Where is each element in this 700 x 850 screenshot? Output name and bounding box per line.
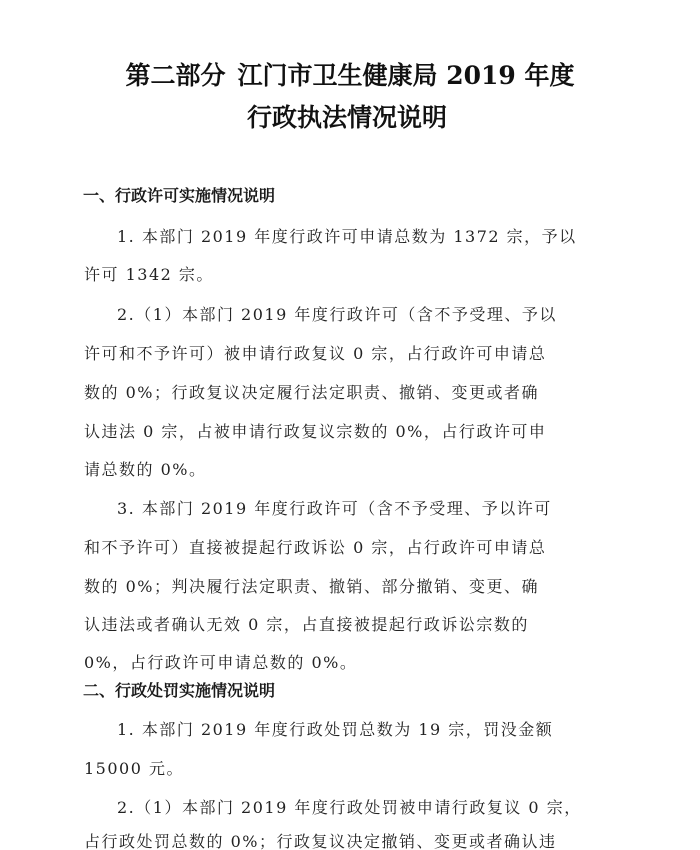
section-heading-licensing: 一、行政许可实施情况说明 [83,183,275,206]
paragraph-line: 请总数的 0%。 [84,457,206,480]
title-text: 江门市卫生健康局 2019 年度 [238,61,575,90]
paragraph-line: 数的 0%；判决履行法定职责、撤销、部分撤销、变更、确 [84,574,539,597]
document-title-line1: 第二部分江门市卫生健康局 2019 年度 [0,56,700,92]
part-label: 第二部分 [125,61,225,90]
paragraph-line: 2.（1）本部门 2019 年度行政处罚被申请行政复议 0 宗， [117,795,582,818]
paragraph-line: 0%，占行政许可申请总数的 0%。 [84,650,357,673]
paragraph-line: 占行政处罚总数的 0%；行政复议决定撤销、变更或者确认违 [84,829,556,850]
document-title-line2: 行政执法情况说明 [0,98,697,134]
document-page: 第二部分江门市卫生健康局 2019 年度 行政执法情况说明 一、行政许可实施情况… [0,0,700,850]
paragraph-line: 1. 本部门 2019 年度行政处罚总数为 19 宗，罚没金额 [117,717,553,740]
paragraph-line: 认违法或者确认无效 0 宗，占直接被提起行政诉讼宗数的 [84,612,529,635]
paragraph-line: 2.（1）本部门 2019 年度行政许可（含不予受理、予以 [117,302,557,325]
paragraph-line: 15000 元。 [84,756,184,779]
paragraph-line: 认违法 0 宗，占被申请行政复议宗数的 0%，占行政许可申 [84,419,546,442]
paragraph-line: 许可 1342 宗。 [84,262,214,285]
paragraph-line: 数的 0%；行政复议决定履行法定职责、撤销、变更或者确 [84,380,539,403]
paragraph-line: 和不予许可）直接被提起行政诉讼 0 宗，占行政许可申请总 [84,535,546,558]
paragraph-line: 1. 本部门 2019 年度行政许可申请总数为 1372 宗，予以 [117,224,577,247]
paragraph-line: 许可和不予许可）被申请行政复议 0 宗，占行政许可申请总 [84,341,546,364]
section-heading-penalty: 二、行政处罚实施情况说明 [83,678,275,701]
paragraph-line: 3. 本部门 2019 年度行政许可（含不予受理、予以许可 [117,496,552,519]
